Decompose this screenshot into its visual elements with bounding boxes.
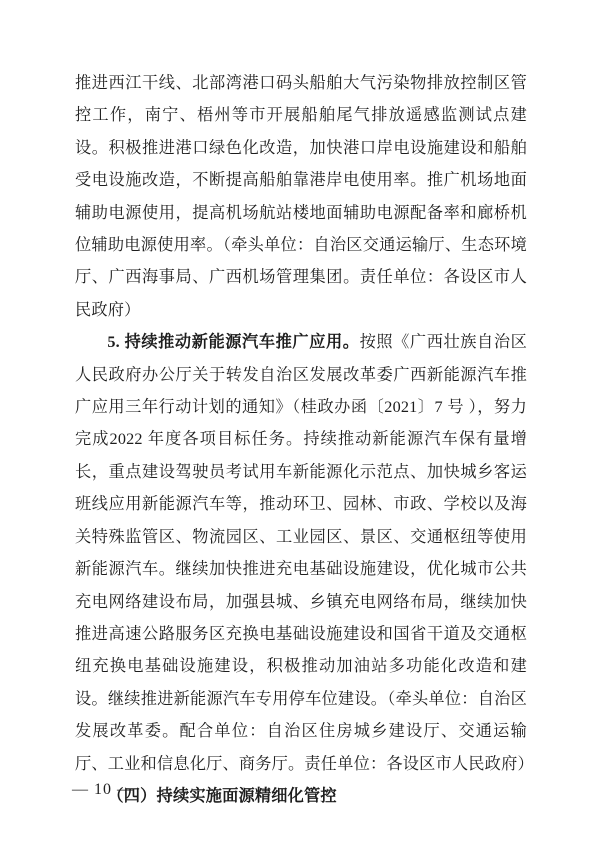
document-page: 推进西江干线、北部湾港口码头船舶大气污染物排放控制区管控工作，南宁、梧州等市开展… bbox=[0, 0, 600, 848]
subsection-heading: （四）持续实施面源精细化管控 bbox=[107, 787, 336, 805]
paragraph-port-shore-power: 推进西江干线、北部湾港口码头船舶大气污染物排放控制区管控工作，南宁、梧州等市开展… bbox=[75, 67, 527, 326]
body-text-run: 推进西江干线、北部湾港口码头船舶大气污染物排放控制区管控工作，南宁、梧州等市开展… bbox=[75, 74, 527, 254]
item-5-lead-in: 5. 持续推动新能源汽车推广应用。 bbox=[107, 333, 359, 351]
page-number: — 10 — bbox=[72, 779, 134, 801]
paragraph-new-energy-vehicles: 5. 持续推动新能源汽车推广应用。按照《广西壮族自治区人民政府办公厅关于转发自治… bbox=[75, 326, 527, 780]
document-body: 推进西江干线、北部湾港口码头船舶大气污染物排放控制区管控工作，南宁、梧州等市开展… bbox=[75, 67, 527, 812]
paragraph-subsection-four: （四）持续实施面源精细化管控 bbox=[75, 780, 527, 812]
body-text-run: 按照《广西壮族自治区人民政府办公厅关于转发自治区发展改革委广西新能源汽车推广应用… bbox=[75, 333, 527, 707]
